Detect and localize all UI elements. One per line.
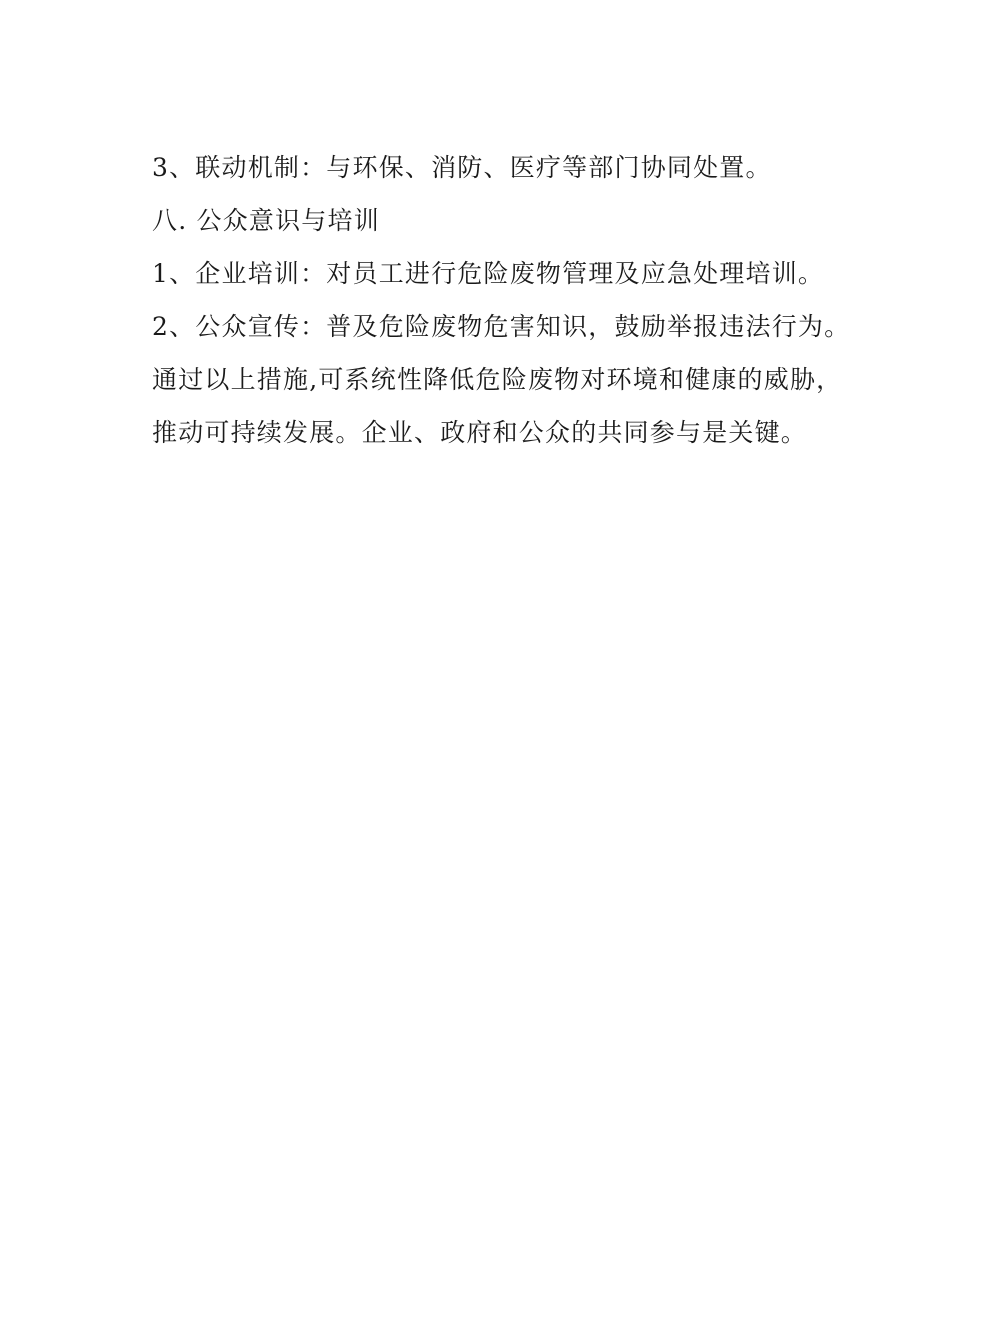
conclusion-paragraph-line-1: 通过以上措施,可系统性降低危险废物对环境和健康的威胁， <box>152 365 842 395</box>
conclusion-paragraph-line-2: 推动可持续发展。企业、政府和公众的共同参与是关键。 <box>152 418 807 448</box>
document-page: 3、联动机制：与环保、消防、医疗等部门协同处置。 八. 公众意识与培训 1、企业… <box>0 0 1000 1317</box>
list-item-coordination-mechanism: 3、联动机制：与环保、消防、医疗等部门协同处置。 <box>152 153 772 183</box>
list-item-enterprise-training: 1、企业培训：对员工进行危险废物管理及应急处理培训。 <box>152 259 824 289</box>
list-item-public-promotion: 2、公众宣传：普及危险废物危害知识，鼓励举报违法行为。 <box>152 312 850 342</box>
section-heading-public-awareness: 八. 公众意识与培训 <box>152 206 380 236</box>
